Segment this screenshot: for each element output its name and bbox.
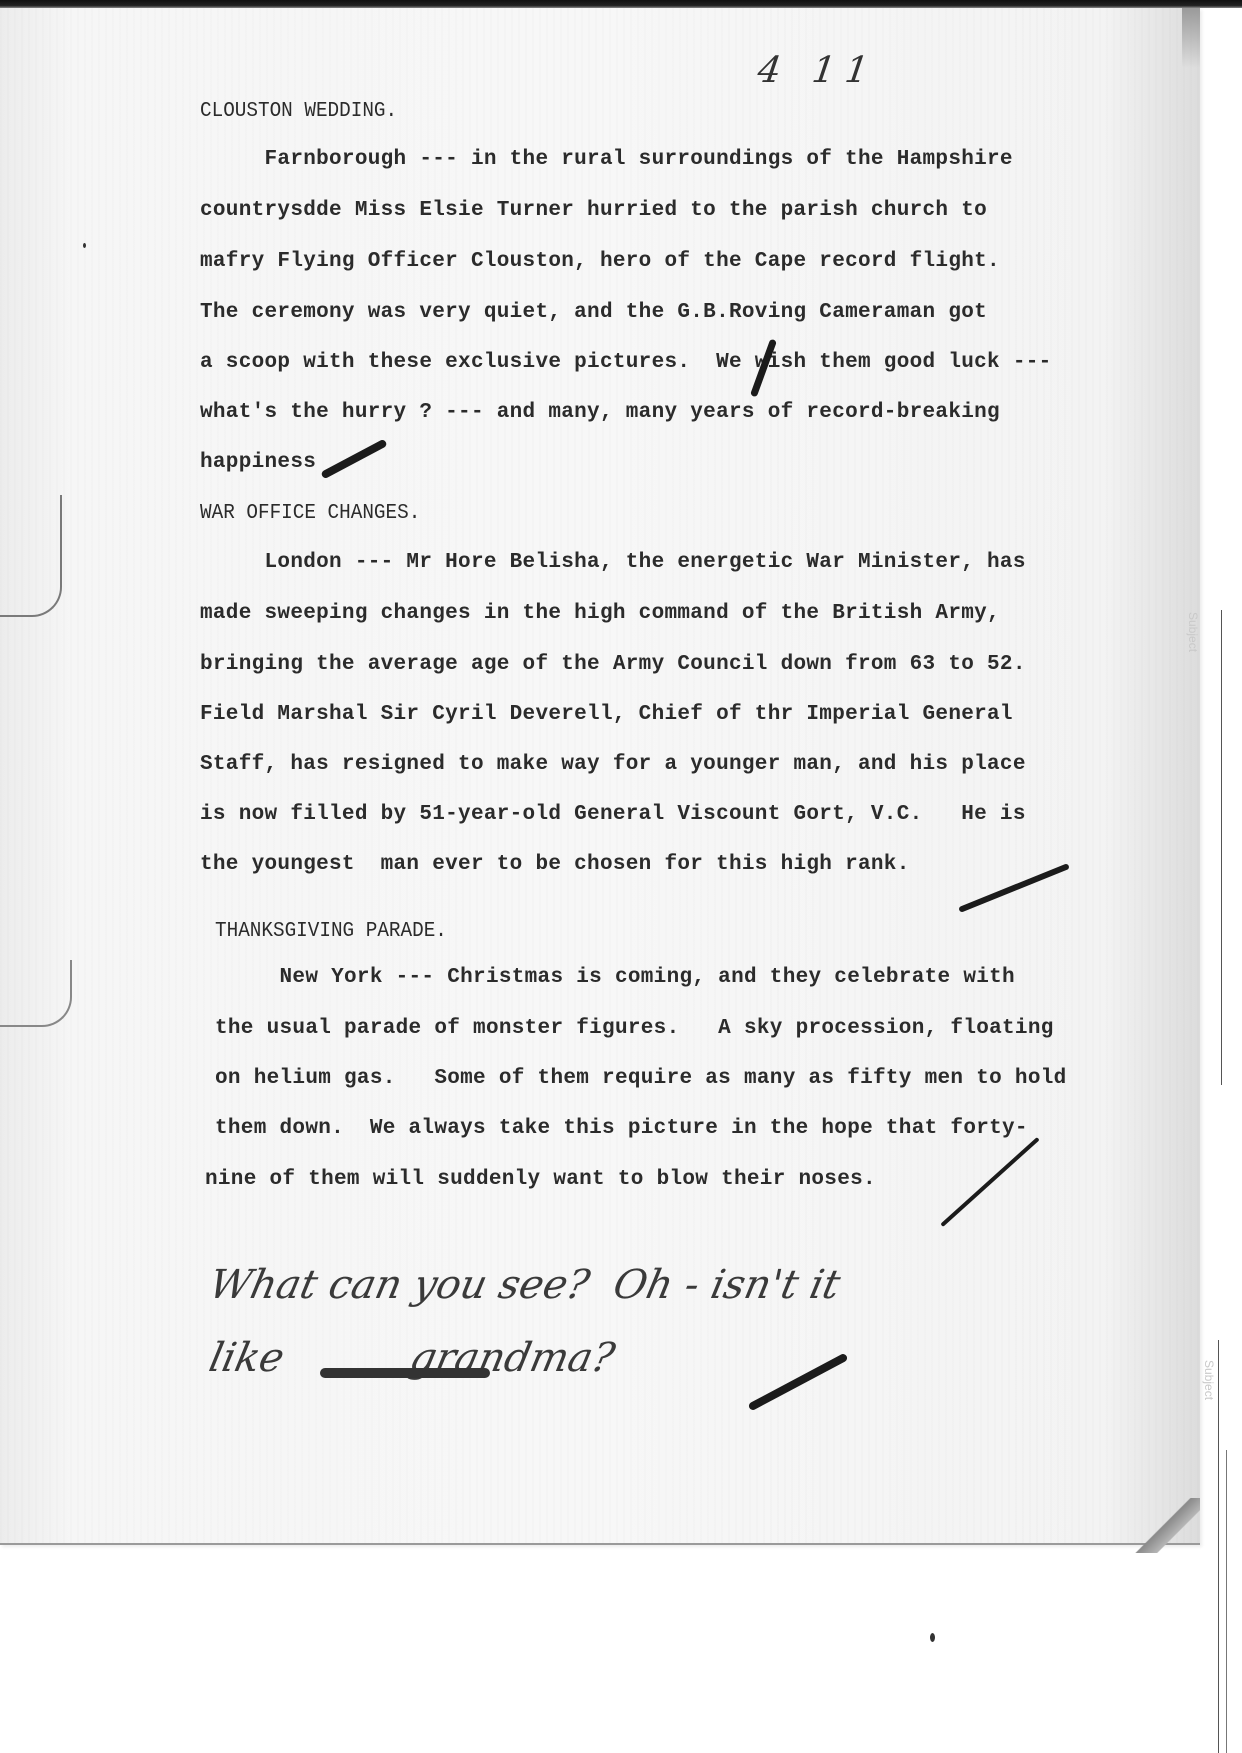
margin-speck — [83, 243, 86, 248]
body-line: Farnborough --- in the rural surrounding… — [200, 148, 1013, 171]
handwritten-page-number: 4 11 — [755, 50, 881, 91]
right-margin-rule-3 — [1226, 1450, 1227, 1753]
section-heading-thanksgiving-parade: THANKSGIVING PARADE. — [215, 920, 447, 943]
body-line: Field Marshal Sir Cyril Deverell, Chief … — [200, 703, 1013, 726]
body-line: a scoop with these exclusive pictures. W… — [200, 351, 1052, 374]
side-label-subject-1: Subject — [1186, 612, 1200, 652]
side-label-subject-2: Subject — [1202, 1360, 1216, 1400]
margin-doodle-upper — [0, 495, 62, 617]
body-line: London --- Mr Hore Belisha, the energeti… — [200, 551, 1026, 574]
body-line: nine of them will suddenly want to blow … — [205, 1168, 876, 1191]
right-margin-rule-1 — [1221, 610, 1222, 1085]
body-line: mafry Flying Officer Clouston, hero of t… — [200, 250, 1000, 273]
paper-speck — [930, 1633, 935, 1642]
body-line: Staff, has resigned to make way for a yo… — [200, 753, 1026, 776]
crossed-out-word — [320, 1368, 490, 1378]
body-line: countrysdde Miss Elsie Turner hurried to… — [200, 199, 987, 222]
body-line: happiness — [200, 451, 316, 474]
margin-doodle-lower — [0, 960, 72, 1027]
torn-corner — [1110, 1498, 1200, 1553]
section-heading-war-office-changes: WAR OFFICE CHANGES. — [200, 502, 420, 525]
handwritten-note-line-1: What can you see? Oh - isn't it — [205, 1262, 844, 1308]
right-margin-rule-2 — [1218, 1340, 1219, 1753]
body-line: the youngest man ever to be chosen for t… — [200, 853, 910, 876]
body-line: The ceremony was very quiet, and the G.B… — [200, 301, 987, 324]
body-line: them down. We always take this picture i… — [215, 1117, 1028, 1140]
body-line: New York --- Christmas is coming, and th… — [215, 966, 1015, 989]
document-page — [0, 8, 1200, 1545]
body-line: bringing the average age of the Army Cou… — [200, 653, 1026, 676]
body-line: the usual parade of monster figures. A s… — [215, 1017, 1054, 1040]
body-line: what's the hurry ? --- and many, many ye… — [200, 401, 1000, 424]
section-heading-clouston-wedding: CLOUSTON WEDDING. — [200, 100, 397, 123]
body-line: on helium gas. Some of them require as m… — [215, 1067, 1067, 1090]
body-line: made sweeping changes in the high comman… — [200, 602, 1000, 625]
scanner-top-edge — [0, 0, 1242, 8]
body-line: is now filled by 51-year-old General Vis… — [200, 803, 1026, 826]
